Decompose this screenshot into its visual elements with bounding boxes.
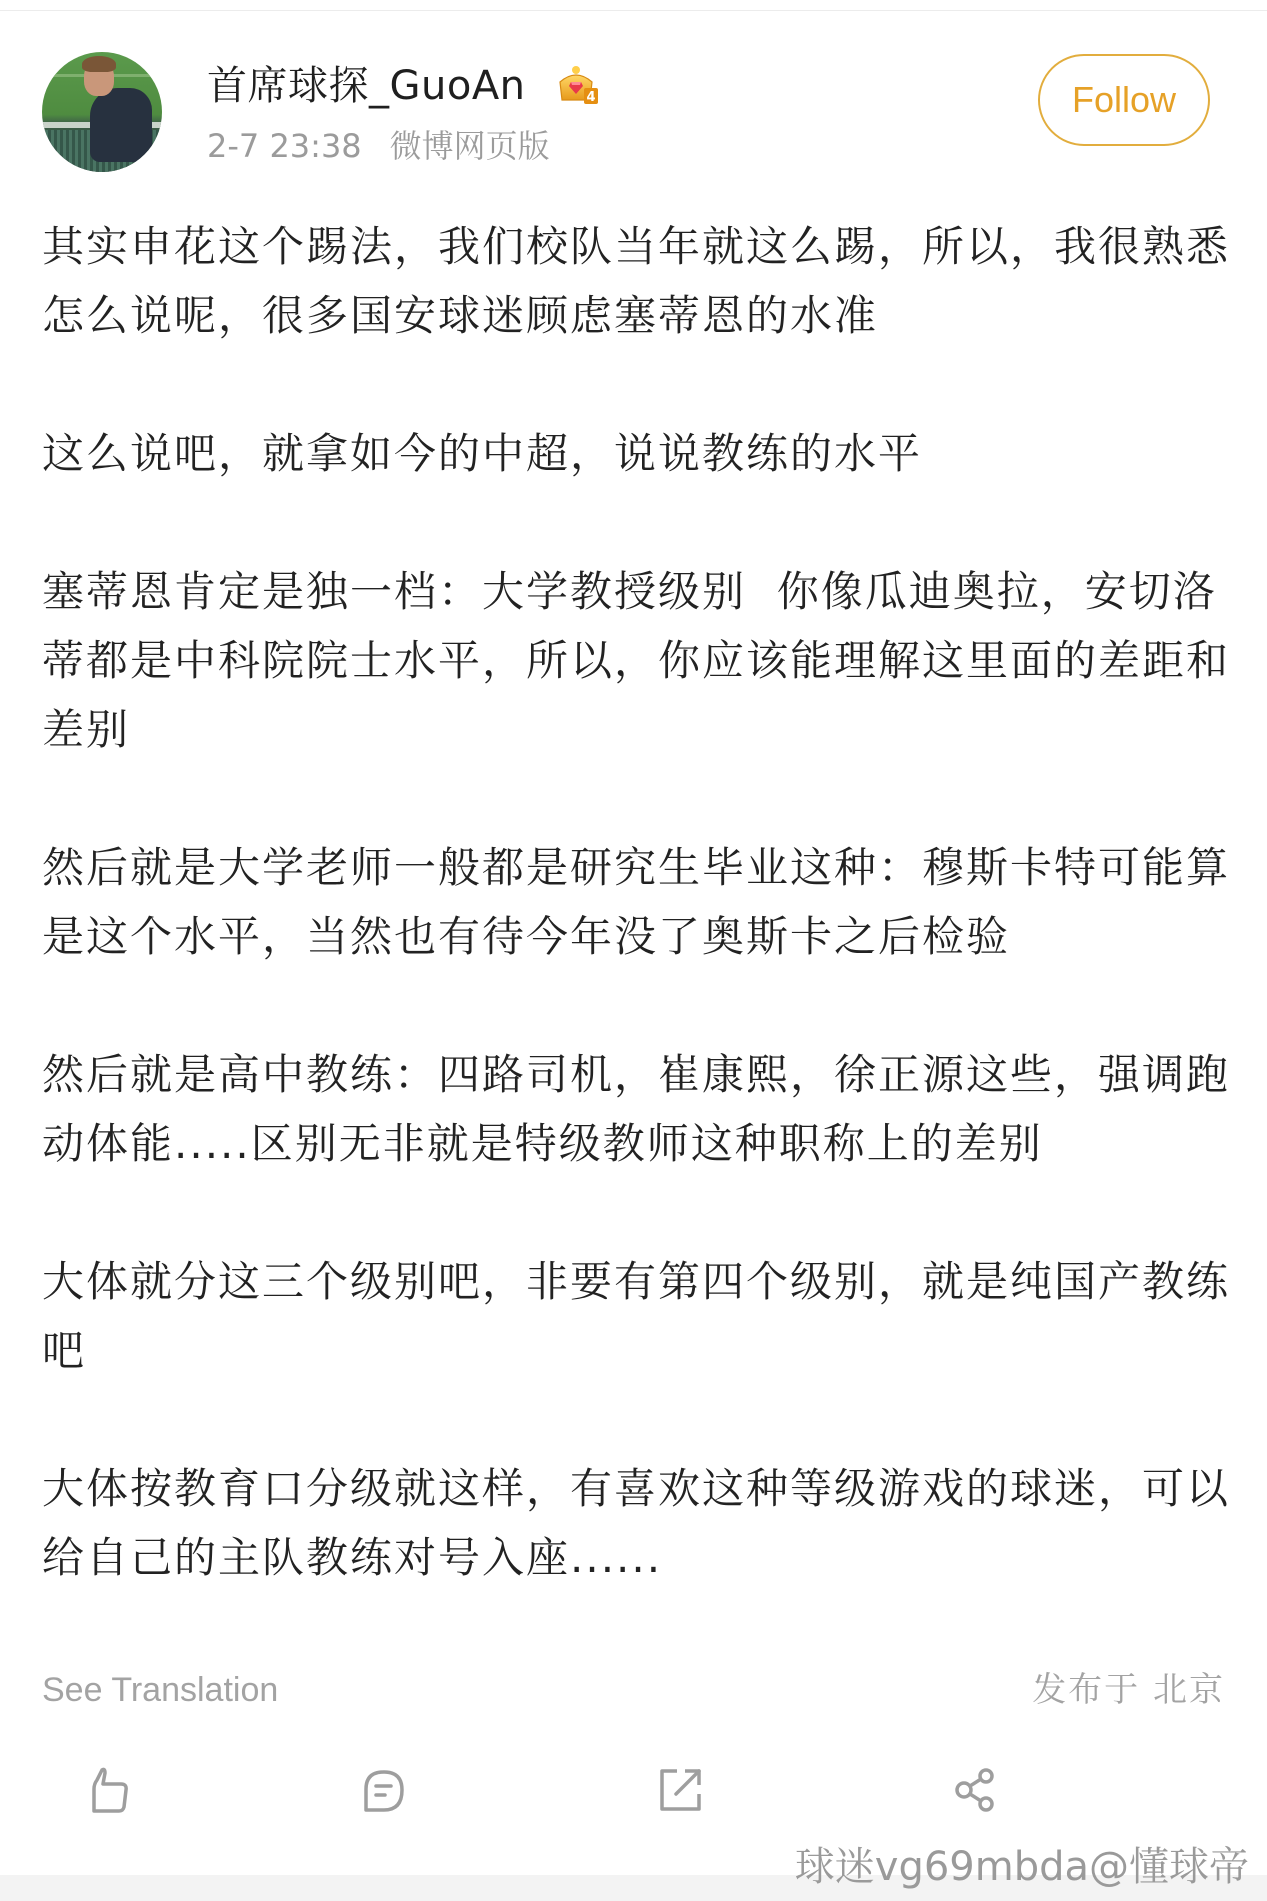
post-body: 其实申花这个踢法，我们校队当年就这么踢，所以，我很熟悉 怎么说呢，很多国安球迷顾… [42, 212, 1242, 1592]
post-paragraph: 塞蒂恩肯定是独一档：大学教授级别 你像瓜迪奥拉，安切洛蒂都是中科院院士水平，所以… [42, 557, 1242, 764]
svg-text:4: 4 [586, 90, 595, 105]
see-translation-link[interactable]: See Translation [42, 1668, 278, 1712]
post-paragraph: 大体就分这三个级别吧，非要有第四个级别，就是纯国产教练吧 [42, 1247, 1242, 1385]
avatar[interactable] [42, 52, 162, 172]
paragraph-gap [42, 488, 1242, 557]
repost-arrow-icon [655, 1765, 705, 1815]
post-paragraph: 这么说吧，就拿如今的中超，说说教练的水平 [42, 419, 1242, 488]
paragraph-gap [42, 350, 1242, 419]
author-name[interactable]: 首席球探_GuoAn [207, 62, 526, 110]
post-meta: 2-7 23:38微博网页版 [207, 126, 550, 166]
share-nodes-icon [950, 1765, 1000, 1815]
avatar-figure [90, 88, 152, 162]
repost-button[interactable] [650, 1760, 710, 1820]
post-location: 发布于 北京 [1032, 1668, 1225, 1712]
like-button[interactable] [78, 1760, 138, 1820]
watermark: 球迷vg69mbda@懂球帝 [795, 1843, 1249, 1891]
paragraph-gap [42, 971, 1242, 1040]
thumbs-up-icon [83, 1765, 133, 1815]
action-bar [0, 1760, 1267, 1820]
follow-button[interactable]: Follow [1038, 54, 1210, 146]
avatar-hair [82, 56, 116, 72]
comment-bubble-icon [359, 1765, 409, 1815]
post-header: 首席球探_GuoAn 4 2-7 23:38微博网页版 Follow [0, 0, 1267, 180]
share-button[interactable] [945, 1760, 1005, 1820]
post-paragraph: 大体按教育口分级就这样，有喜欢这种等级游戏的球迷，可以给自己的主队教练对号入座.… [42, 1454, 1242, 1592]
post-paragraph: 其实申花这个踢法，我们校队当年就这么踢，所以，我很熟悉 怎么说呢，很多国安球迷顾… [42, 212, 1242, 350]
crown-badge-icon[interactable]: 4 [556, 64, 600, 106]
paragraph-gap [42, 764, 1242, 833]
paragraph-gap [42, 1178, 1242, 1247]
post-paragraph: 然后就是大学老师一般都是研究生毕业这种：穆斯卡特可能算是这个水平，当然也有待今年… [42, 833, 1242, 971]
post-source: 微博网页版 [390, 127, 550, 165]
paragraph-gap [42, 1385, 1242, 1454]
comment-button[interactable] [354, 1760, 414, 1820]
post-timestamp: 2-7 23:38 [207, 127, 362, 165]
post-paragraph: 然后就是高中教练：四路司机，崔康熙，徐正源这些，强调跑动体能.....区别无非就… [42, 1040, 1242, 1178]
